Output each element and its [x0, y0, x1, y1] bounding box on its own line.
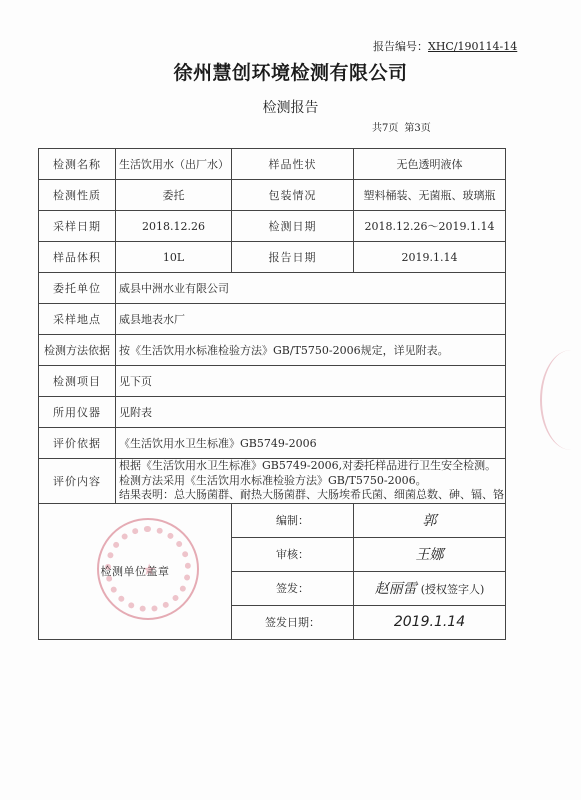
detail-label: 检测项目 — [39, 366, 116, 397]
field-label: 检测日期 — [232, 211, 354, 242]
detail-label: 采样地点 — [39, 304, 116, 335]
detail-label: 检测方法依据 — [39, 335, 116, 366]
report-number: 报告编号：XHC/190114-14 — [373, 38, 517, 54]
field-label: 报告日期 — [232, 242, 354, 273]
detail-row: 检测方法依据 按《生活饮用水标准检验方法》GB/T5750-2006规定，详见附… — [39, 335, 506, 366]
company-name: 徐州慧创环境检测有限公司 — [0, 58, 581, 85]
detail-row: 评价依据 《生活饮用水卫生标准》GB5749-2006 — [39, 428, 506, 459]
current-page: 第3页 — [404, 123, 430, 134]
info-row: 样品体积 10L 报告日期 2019.1.14 — [39, 242, 506, 273]
evaluation-label: 评价内容 — [39, 459, 116, 504]
handwritten-signature: 郭 — [423, 513, 437, 529]
field-label: 检测性质 — [39, 180, 116, 211]
field-label: 检测名称 — [39, 149, 116, 180]
report-number-value: XHC/190114-14 — [428, 40, 517, 53]
field-label: 采样日期 — [39, 211, 116, 242]
field-value: 委托 — [116, 180, 232, 211]
detail-label: 所用仪器 — [39, 397, 116, 428]
field-value: 无色透明液体 — [354, 149, 506, 180]
evaluation-content: 根据《生活饮用水卫生标准》GB5749-2006,对委托样品进行卫生安全检测。 … — [116, 459, 506, 504]
detail-value: 威县中洲水业有限公司 — [116, 273, 506, 304]
evaluation-paragraph: 结果表明：总大肠菌群、耐热大肠菌群、大肠埃希氏菌、细菌总数、砷、镉、铬（六价）、… — [119, 488, 502, 503]
field-value: 塑料桶装、无菌瓶、玻璃瓶 — [354, 180, 506, 211]
detail-value: 见下页 — [116, 366, 506, 397]
report-table: 检测名称 生活饮用水（出厂水） 样品性状 无色透明液体 检测性质 委托 包装情况… — [38, 148, 506, 640]
detail-row: 委托单位 威县中洲水业有限公司 — [39, 273, 506, 304]
detail-row: 所用仪器 见附表 — [39, 397, 506, 428]
signoff-label: 签发日期： — [232, 605, 354, 639]
info-row: 检测性质 委托 包装情况 塑料桶装、无菌瓶、玻璃瓶 — [39, 180, 506, 211]
signoff-signature: 王娜 — [354, 537, 506, 571]
signoff-signature: 郭 — [354, 503, 506, 537]
handwritten-signature: 王娜 — [416, 547, 444, 563]
seal-label: 检测单位盖章 — [101, 565, 170, 578]
field-value: 10L — [116, 242, 232, 273]
evaluation-paragraph: 根据《生活饮用水卫生标准》GB5749-2006,对委托样品进行卫生安全检测。 — [119, 459, 502, 474]
detail-row: 检测项目 见下页 — [39, 366, 506, 397]
total-pages: 共7页 — [372, 123, 398, 134]
report-number-label: 报告编号： — [373, 40, 428, 53]
signoff-label: 编制： — [232, 503, 354, 537]
authorized-signatory-note: (授权签字人) — [421, 583, 485, 596]
detail-label: 委托单位 — [39, 273, 116, 304]
detail-value: 见附表 — [116, 397, 506, 428]
document-title: 检测报告 — [0, 97, 581, 117]
info-row: 采样日期 2018.12.26 检测日期 2018.12.26～2019.1.1… — [39, 211, 506, 242]
evaluation-row: 评价内容 根据《生活饮用水卫生标准》GB5749-2006,对委托样品进行卫生安… — [39, 459, 506, 504]
evaluation-paragraph: 检测方法采用《生活饮用水标准检验方法》GB/T5750-2006。 — [119, 474, 502, 489]
field-value: 2019.1.14 — [354, 242, 506, 273]
handwritten-date: 2019.1.14 — [394, 614, 465, 630]
field-label: 包装情况 — [232, 180, 354, 211]
signoff-signature: 2019.1.14 — [354, 605, 506, 639]
signoff-label: 审核： — [232, 537, 354, 571]
field-label: 样品体积 — [39, 242, 116, 273]
page-indicator: 共7页第3页 — [372, 119, 437, 134]
detail-label: 评价依据 — [39, 428, 116, 459]
field-label: 样品性状 — [232, 149, 354, 180]
field-value: 2018.12.26～2019.1.14 — [354, 211, 506, 242]
seal-area: ★ 检测单位盖章 — [39, 503, 232, 639]
detail-row: 采样地点 威县地表水厂 — [39, 304, 506, 335]
field-value: 生活饮用水（出厂水） — [116, 149, 232, 180]
detail-value: 按《生活饮用水标准检验方法》GB/T5750-2006规定，详见附表。 — [116, 335, 506, 366]
signoff-signature: 赵丽雷(授权签字人) — [354, 571, 506, 605]
partial-seal-icon — [540, 350, 581, 450]
detail-value: 《生活饮用水卫生标准》GB5749-2006 — [116, 428, 506, 459]
field-value: 2018.12.26 — [116, 211, 232, 242]
detail-value: 威县地表水厂 — [116, 304, 506, 335]
signoff-label: 签发： — [232, 571, 354, 605]
handwritten-signature: 赵丽雷 — [375, 581, 417, 597]
signoff-row: ★ 检测单位盖章 编制： 郭 — [39, 503, 506, 537]
info-row: 检测名称 生活饮用水（出厂水） 样品性状 无色透明液体 — [39, 149, 506, 180]
